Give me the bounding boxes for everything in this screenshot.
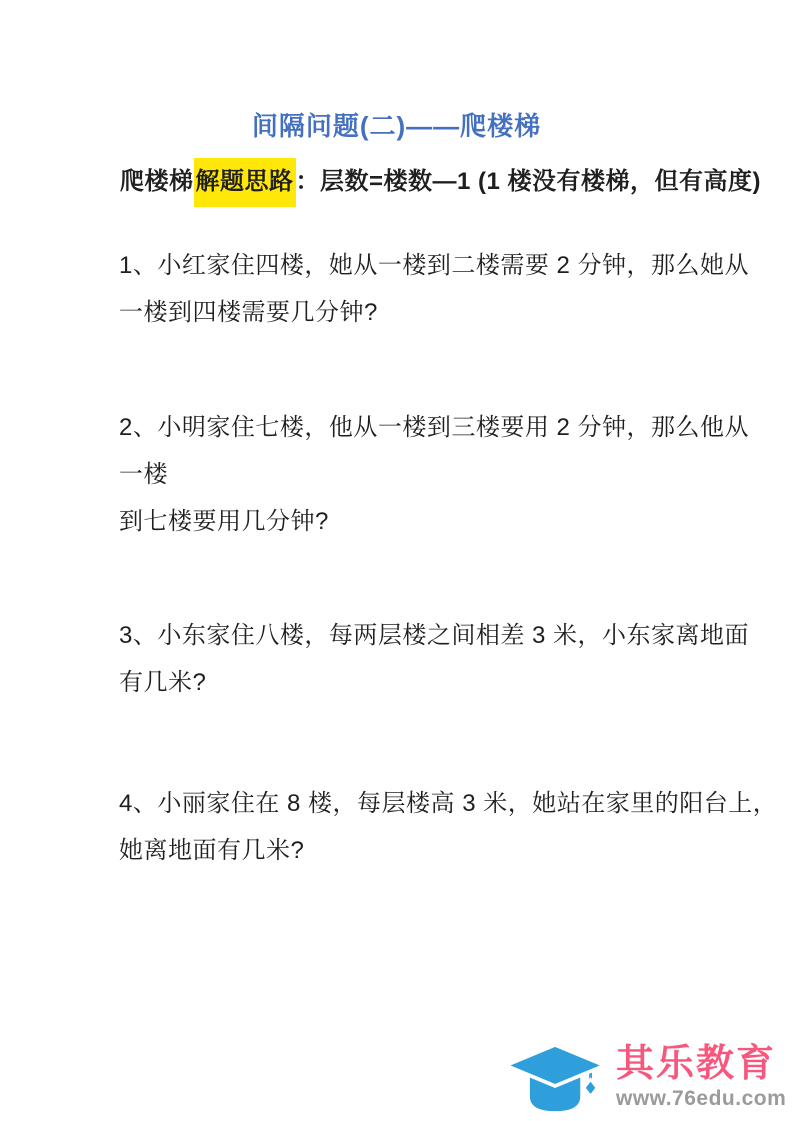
intro-highlight: 解题思路 — [194, 158, 296, 207]
graduation-cap-icon — [500, 1036, 612, 1121]
footer-logo: 其乐教育 www.76edu.com — [500, 1036, 786, 1121]
brand-name: 其乐教育 — [616, 1044, 786, 1084]
problem-line: 2、小明家住七楼，他从一楼到三楼要用 2 分钟，那么他从 — [119, 404, 681, 451]
intro-line: 爬楼梯解题思路：层数=楼数—1 (1 楼没有楼梯，但有高度) — [120, 161, 761, 196]
website-url: www.76edu.com — [616, 1087, 786, 1111]
intro-suffix: ：层数=楼数—1 (1 楼没有楼梯，但有高度) — [296, 168, 762, 195]
problem-line: 到七楼要用几分钟? — [119, 498, 681, 545]
problem-line: 有几米? — [119, 659, 681, 706]
problem-4: 4、小丽家住在 8 楼，每层楼高 3 米，她站在家里的阳台上， 她离地面有几米? — [119, 780, 681, 874]
problem-line: 3、小东家住八楼，每两层楼之间相差 3 米，小东家离地面 — [119, 612, 681, 659]
worksheet-page: 间隔问题(二)——爬楼梯 爬楼梯解题思路：层数=楼数—1 (1 楼没有楼梯，但有… — [0, 0, 793, 1121]
intro-prefix: 爬楼梯 — [120, 168, 194, 195]
problem-line: 一楼 — [119, 451, 681, 498]
problem-line: 4、小丽家住在 8 楼，每层楼高 3 米，她站在家里的阳台上， — [119, 780, 681, 827]
problem-line: 1、小红家住四楼，她从一楼到二楼需要 2 分钟，那么她从 — [119, 242, 681, 289]
problem-2: 2、小明家住七楼，他从一楼到三楼要用 2 分钟，那么他从 一楼 到七楼要用几分钟… — [119, 404, 681, 545]
brand-block: 其乐教育 www.76edu.com — [616, 1044, 786, 1111]
problem-1: 1、小红家住四楼，她从一楼到二楼需要 2 分钟，那么她从 一楼到四楼需要几分钟? — [119, 242, 681, 336]
problem-line: 一楼到四楼需要几分钟? — [119, 289, 681, 336]
page-title: 间隔问题(二)——爬楼梯 — [0, 106, 793, 143]
problem-line: 她离地面有几米? — [119, 827, 681, 874]
problem-3: 3、小东家住八楼，每两层楼之间相差 3 米，小东家离地面 有几米? — [119, 612, 681, 706]
